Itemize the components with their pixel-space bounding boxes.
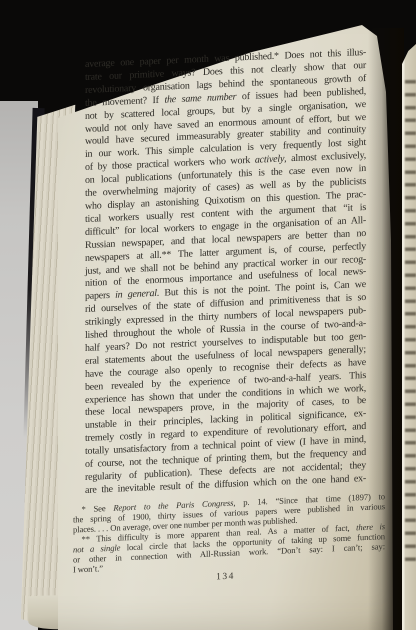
facing-page-text [405, 80, 416, 562]
book-photo: average one paper per month was publishe… [0, 0, 416, 630]
page-text: average one paper per month was publishe… [85, 47, 366, 588]
body-text: average one paper per month was publishe… [85, 47, 366, 498]
footnotes: * See Report to the Paris Congress, p. 1… [73, 491, 385, 575]
